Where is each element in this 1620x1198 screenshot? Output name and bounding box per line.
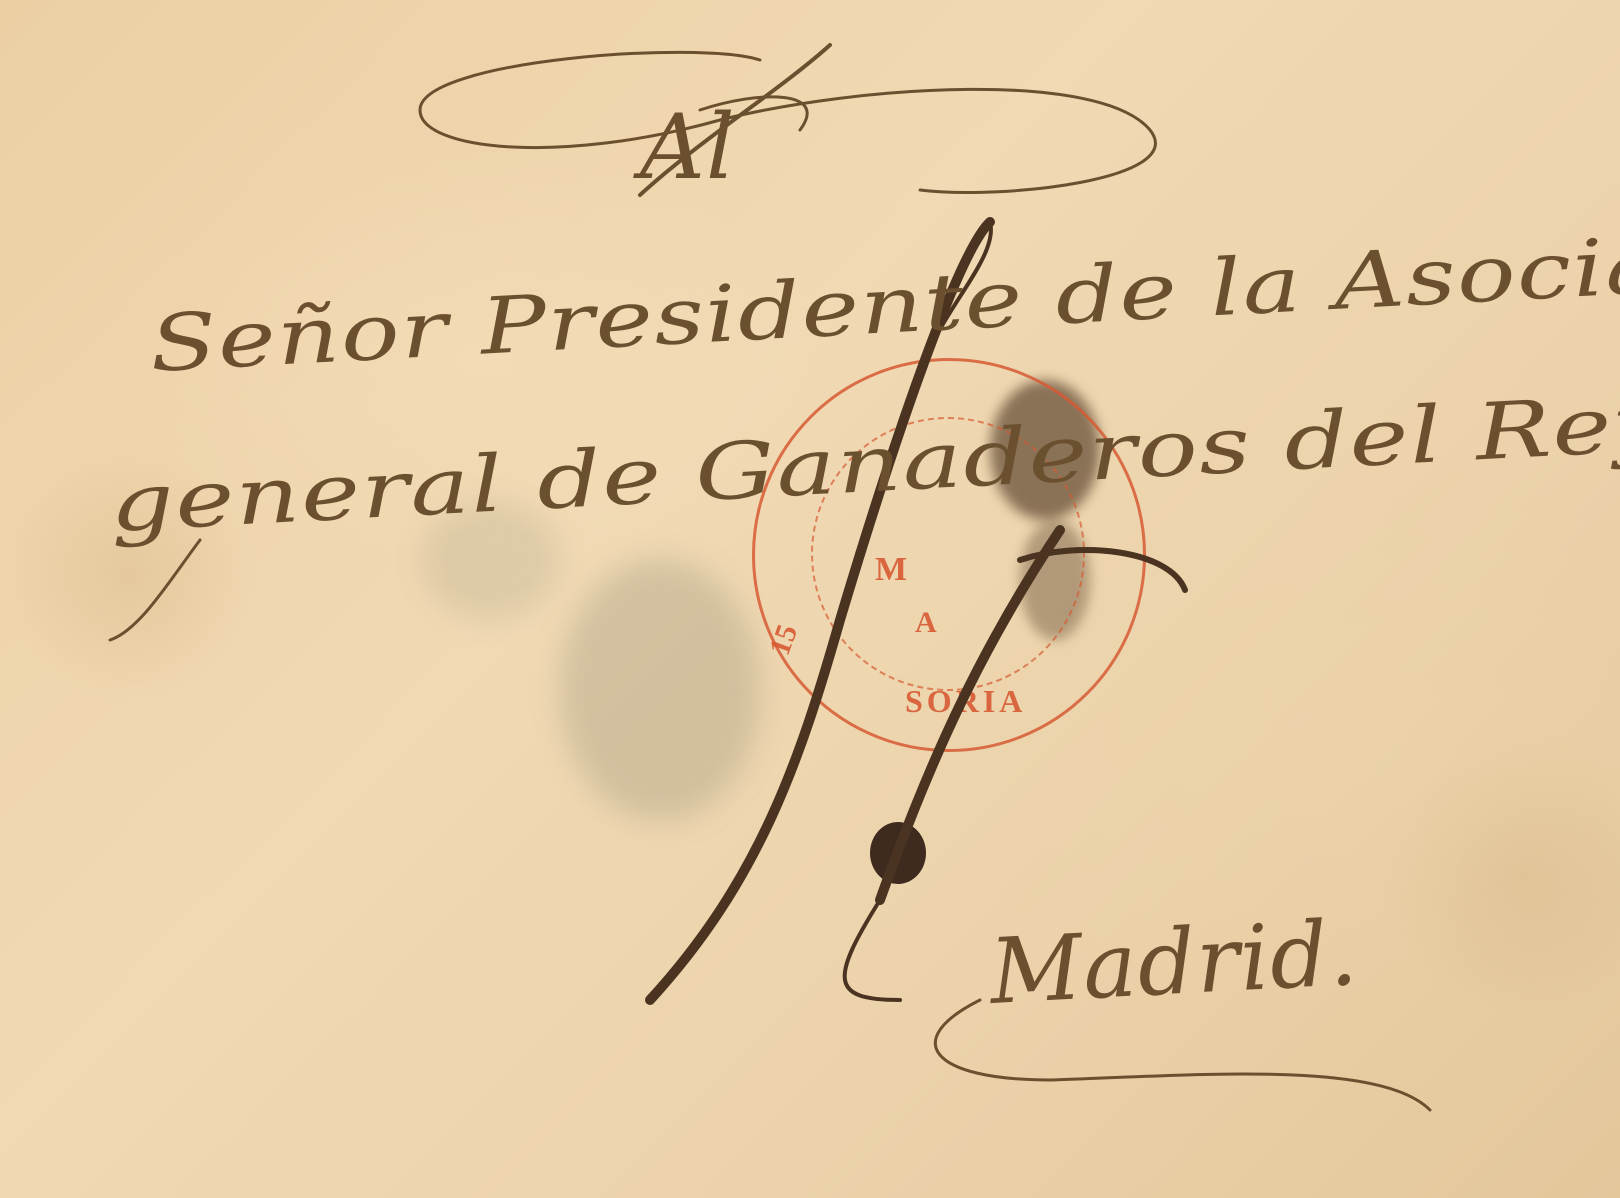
salutation-al: Al — [640, 95, 736, 200]
destination-city: Madrid. — [987, 901, 1360, 1025]
envelope-cover: M A 15 SORIA Al Señor Presidente de la A… — [0, 0, 1620, 1198]
handwriting-flourishes — [0, 0, 1620, 1198]
